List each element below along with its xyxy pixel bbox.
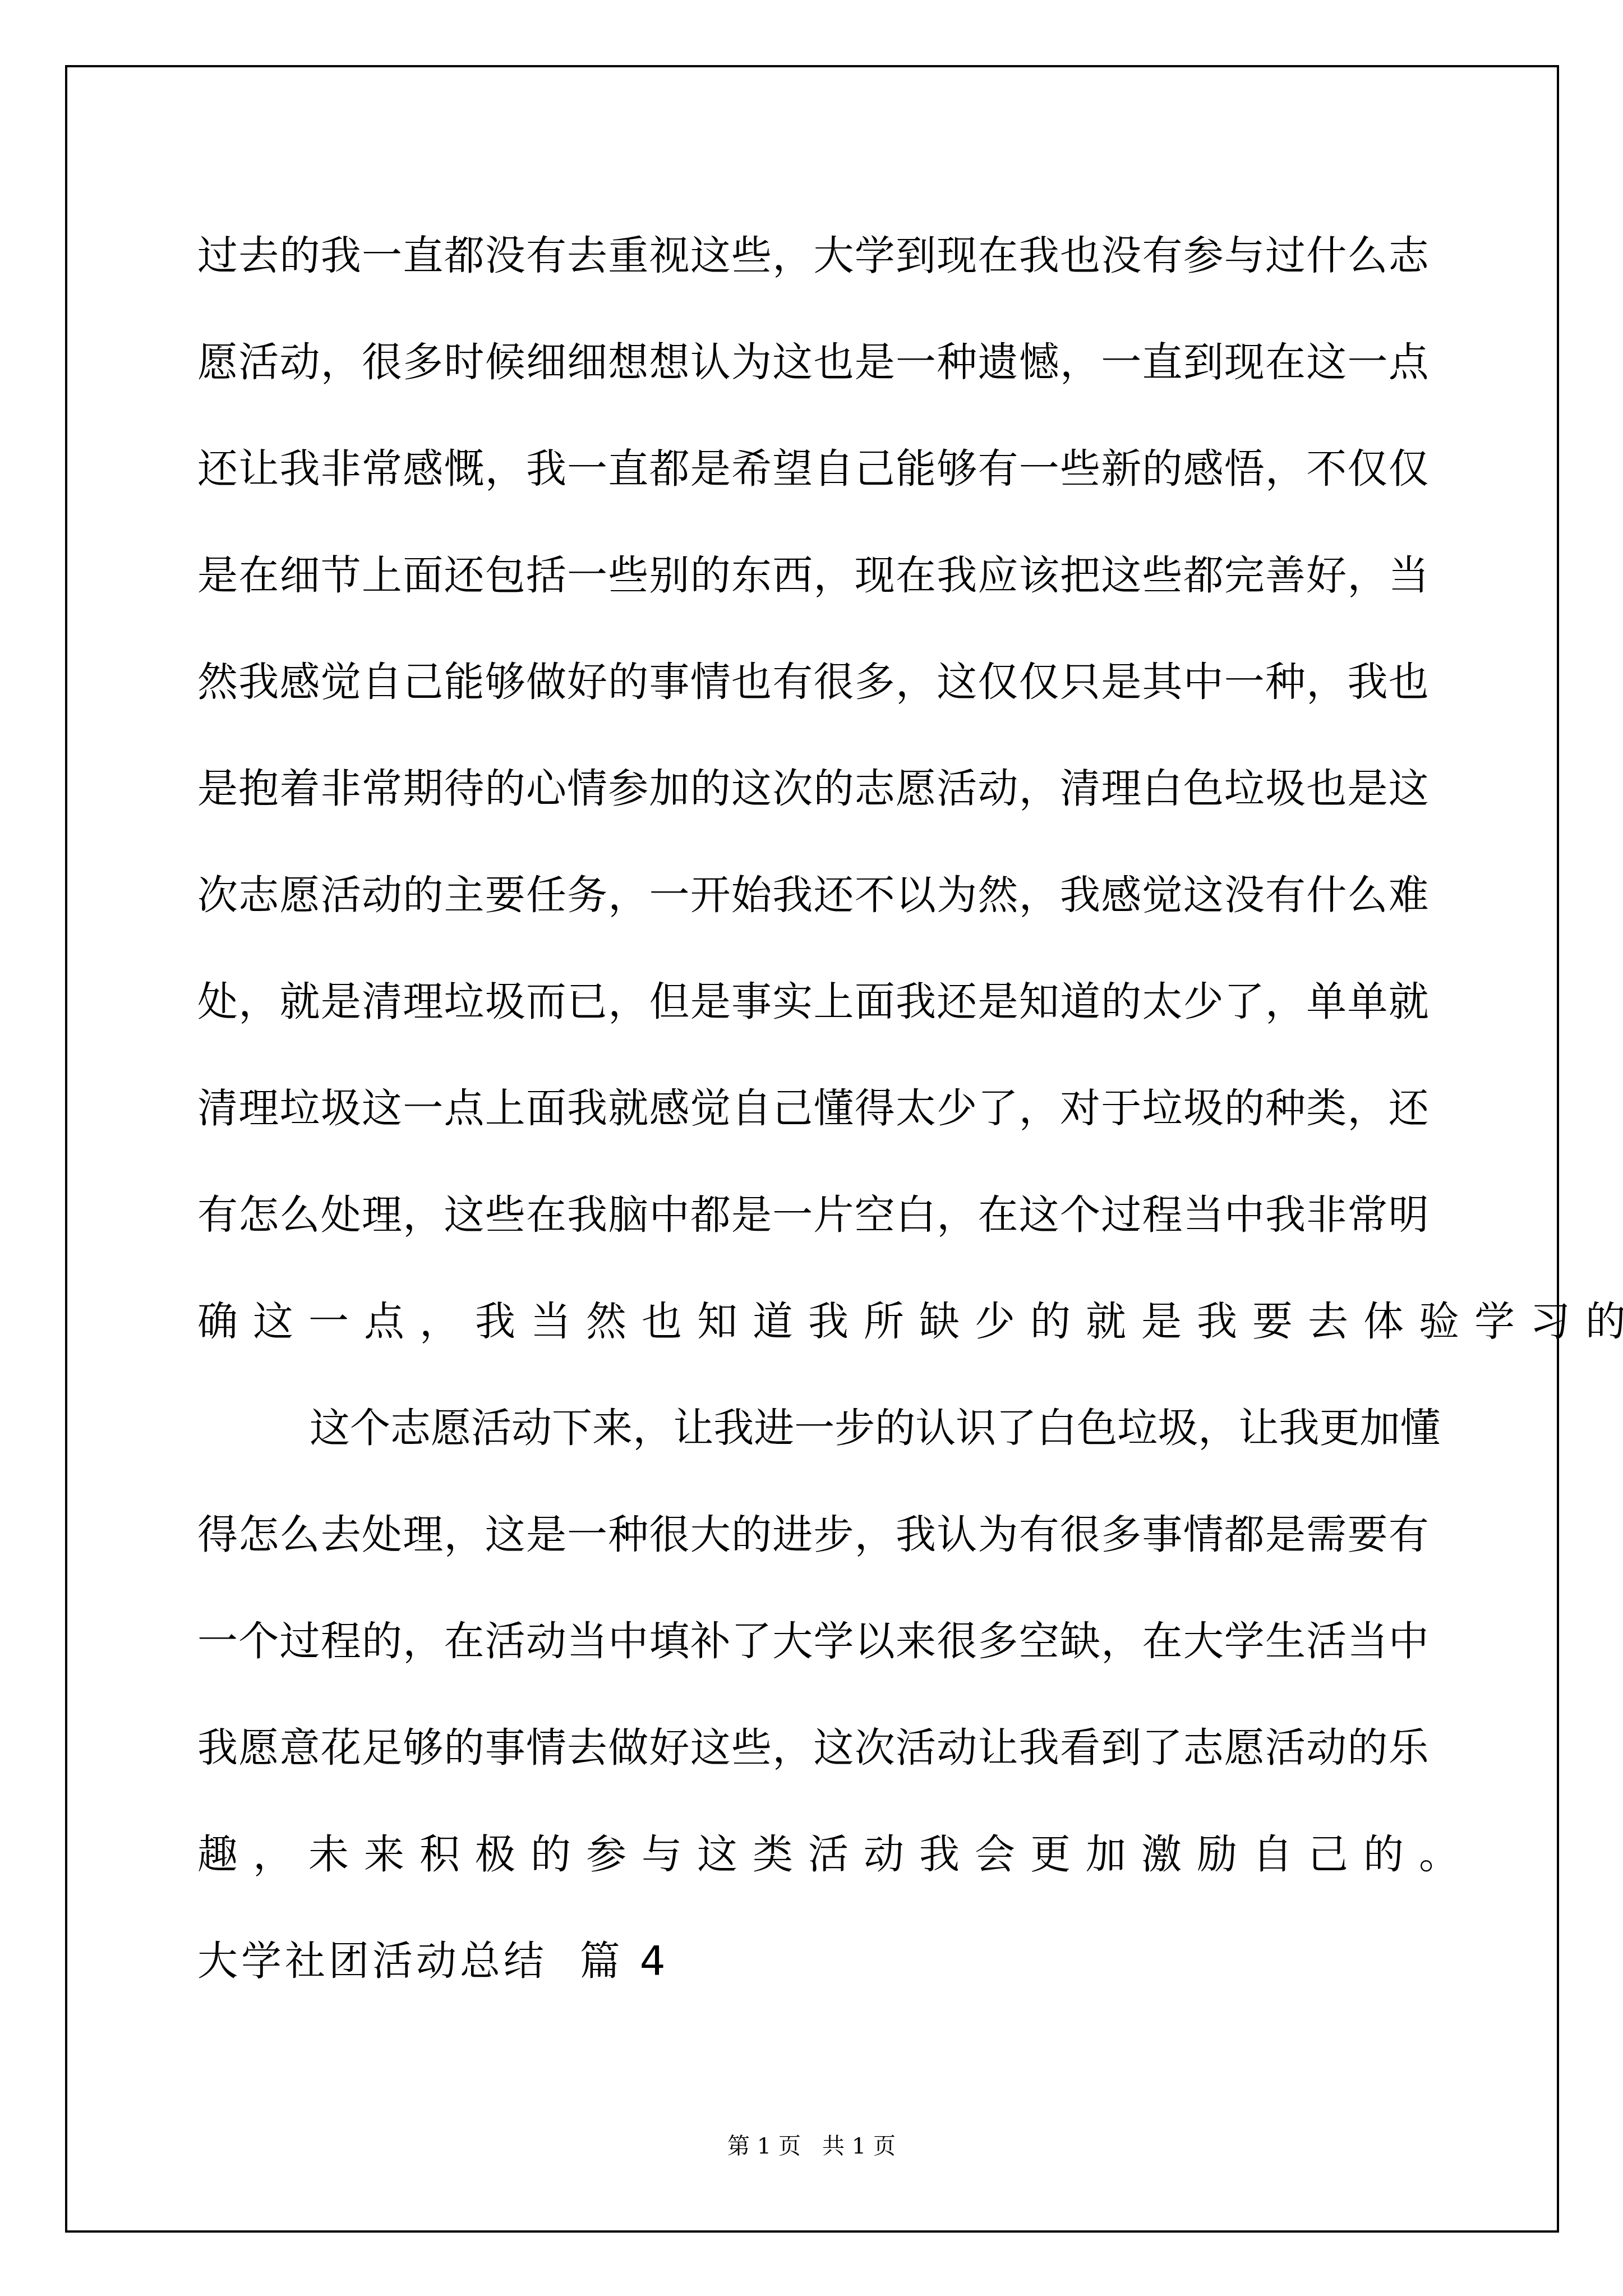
- paragraph-2-line-2: 得怎么去处理，这是一种很大的进步，我认为有很多事情都是需要有: [197, 1481, 1429, 1588]
- paragraph-1-line-6: 是抱着非常期待的心情参加的这次的志愿活动，清理白色垃圾也是这: [197, 735, 1429, 841]
- paragraph-1-line-8: 处，就是清理垃圾而已，但是事实上面我还是知道的太少了，单单就: [197, 948, 1429, 1055]
- paragraph-1-line-2: 愿活动，很多时候细细想想认为这也是一种遗憾，一直到现在这一点: [197, 309, 1429, 415]
- section-heading: 大学社团活动总结 篇 4: [197, 1907, 1429, 2014]
- paragraph-2-line-3: 一个过程的，在活动当中填补了大学以来很多空缺，在大学生活当中: [197, 1588, 1429, 1694]
- paragraph-1-line-10: 有怎么处理，这些在我脑中都是一片空白，在这个过程当中我非常明: [197, 1161, 1429, 1268]
- paragraph-1-line-9: 清理垃圾这一点上面我就感觉自己懂得太少了，对于垃圾的种类，还: [197, 1055, 1429, 1161]
- paragraph-2-line-5: 趣，未来积极的参与这类活动我会更加激励自己的。: [197, 1801, 1429, 1907]
- page-number-footer: 第 1 页 共 1 页: [0, 2129, 1623, 2163]
- paragraph-1-line-11: 确这一点，我当然也知道我所缺少的就是我要去体验学习的。: [197, 1268, 1429, 1374]
- paragraph-2-line-4: 我愿意花足够的事情去做好这些，这次活动让我看到了志愿活动的乐: [197, 1694, 1429, 1801]
- paragraph-1-line-7: 次志愿活动的主要任务，一开始我还不以为然，我感觉这没有什么难: [197, 841, 1429, 948]
- paragraph-1-line-5: 然我感觉自己能够做好的事情也有很多，这仅仅只是其中一种，我也: [197, 628, 1429, 735]
- paragraph-1-line-4: 是在细节上面还包括一些别的东西，现在我应该把这些都完善好，当: [197, 522, 1429, 628]
- document-body: 过去的我一直都没有去重视这些，大学到现在我也没有参与过什么志 愿活动，很多时候细…: [197, 202, 1429, 2014]
- paragraph-1-line-3: 还让我非常感慨，我一直都是希望自己能够有一些新的感悟，不仅仅: [197, 415, 1429, 522]
- paragraph-1-line-1: 过去的我一直都没有去重视这些，大学到现在我也没有参与过什么志: [197, 202, 1429, 309]
- paragraph-2-line-1: 这个志愿活动下来，让我进一步的认识了白色垃圾，让我更加懂: [197, 1374, 1429, 1481]
